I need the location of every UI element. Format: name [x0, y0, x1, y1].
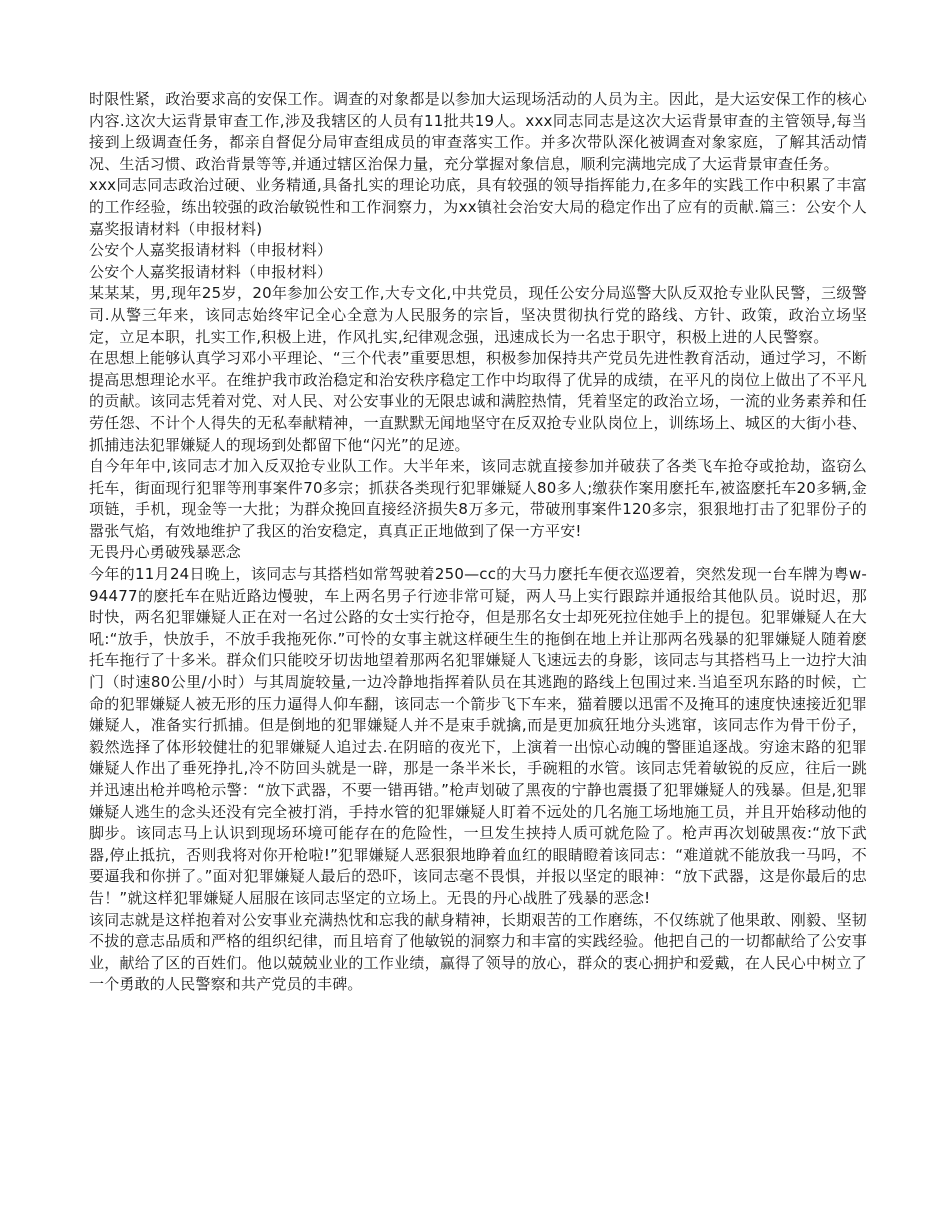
section-heading-award-material: 公安个人嘉奖报请材料（申报材料） — [89, 240, 867, 262]
paragraph-achievements: 自今年年中,该同志才加入反双抢专业队工作。大半年来，该同志就直接参加并破获了各类… — [89, 456, 867, 542]
paragraph-conclusion: 该同志就是这样抱着对公安事业充满热忱和忘我的献身精神，长期艰苦的工作磨练，不仅练… — [89, 910, 867, 996]
paragraph-ideology: 在思想上能够认真学习邓小平理论、“三个代表”重要思想，积极参加保持共产党员先进性… — [89, 348, 867, 456]
paragraph-personal-info: 某某某，男,现年25岁，20年参加公安工作,大专文化,中共党员，现任公安分局巡警… — [89, 283, 867, 348]
paragraph-comrade-summary: xxx同志同志政治过硬、业务精通,具备扎实的理论功底，具有较强的领导指挥能力,在… — [89, 175, 867, 240]
subheading-fearless: 无畏丹心勇破残暴恶念 — [89, 542, 867, 564]
document-body: 时限性紧，政治要求高的安保工作。调查的对象都是以参加大运现场活动的人员为主。因此… — [89, 89, 867, 996]
paragraph-background-check: 时限性紧，政治要求高的安保工作。调查的对象都是以参加大运现场活动的人员为主。因此… — [89, 89, 867, 175]
section-heading-award-material-repeat: 公安个人嘉奖报请材料（申报材料） — [89, 262, 867, 284]
paragraph-incident-story: 今年的11月24日晚上，该同志与其搭档如常驾驶着250—cc的大马力麽托车便衣巡… — [89, 564, 867, 910]
